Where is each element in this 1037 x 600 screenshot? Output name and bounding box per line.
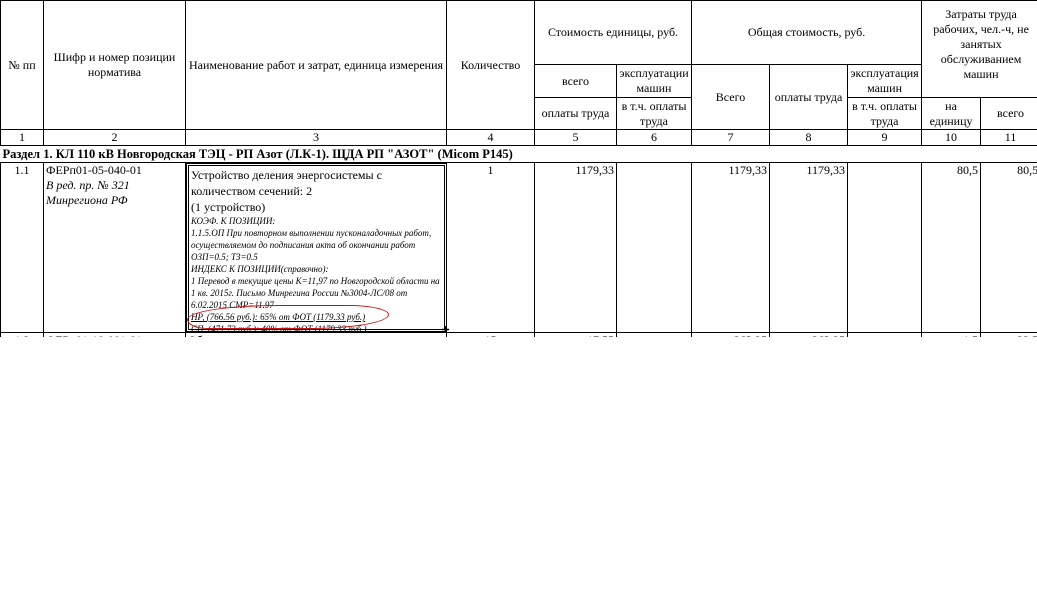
table-row: 1.2 ФЕРп01-10-001-01 Об 15 17,55 263,25 … bbox=[1, 333, 1037, 338]
row-total[interactable]: 263,25 bbox=[692, 333, 770, 338]
header-unit-cost-machines: эксплуатации машин bbox=[617, 65, 692, 98]
header-total-cost-machines-labor: в т.ч. оплаты труда bbox=[848, 98, 922, 130]
row-total-labor[interactable]: 1179,33 bbox=[770, 163, 848, 333]
row-labor-total[interactable]: 80,5 bbox=[981, 163, 1037, 333]
column-number-7: 7 bbox=[692, 130, 770, 146]
row-quantity[interactable]: 1 bbox=[447, 163, 535, 333]
column-number-2: 2 bbox=[44, 130, 186, 146]
row-name: количеством сечений: 2 bbox=[191, 183, 442, 199]
header-unit-cost-total: всего bbox=[535, 65, 617, 98]
row-unit-total[interactable]: 1179,33 bbox=[535, 163, 617, 333]
row-total-labor[interactable]: 263,25 bbox=[770, 333, 848, 338]
row-number[interactable]: 1.2 bbox=[1, 333, 44, 338]
header-labor-per-unit: на единицу bbox=[922, 98, 981, 130]
row-code: ФЕРп01-05-040-01 bbox=[46, 163, 183, 178]
row-name[interactable]: Об bbox=[186, 333, 447, 338]
header-total-cost-labor: оплаты труда bbox=[770, 65, 848, 130]
resize-handle-icon[interactable] bbox=[442, 326, 449, 333]
coef-text: 1.1.5.ОП При повторном выполнении пускон… bbox=[191, 227, 442, 263]
row-number[interactable]: 1.1 bbox=[1, 163, 44, 333]
column-number-11: 11 bbox=[981, 130, 1037, 146]
header-labor-group: Затраты труда рабочих, чел.-ч, не заняты… bbox=[922, 1, 1037, 98]
header-col-code: Шифр и номер позиции норматива bbox=[44, 1, 186, 130]
index-ref: (справочно): bbox=[281, 264, 329, 274]
header-total-cost-total: Всего bbox=[692, 65, 770, 130]
row-unit-total[interactable]: 17,55 bbox=[535, 333, 617, 338]
column-number-4: 4 bbox=[447, 130, 535, 146]
row-unit-machines[interactable] bbox=[617, 163, 692, 333]
row-total-machines[interactable] bbox=[848, 163, 922, 333]
row-labor-per-unit[interactable]: 1,5 bbox=[922, 333, 981, 338]
column-number-1: 1 bbox=[1, 130, 44, 146]
header-col-quantity: Количество bbox=[447, 1, 535, 130]
overhead-line: НР, (766.56 руб.): 65% от ФОТ (1179.33 р… bbox=[191, 311, 442, 323]
column-number-3: 3 bbox=[186, 130, 447, 146]
header-unit-cost-labor: оплаты труда bbox=[535, 98, 617, 130]
row-code-note: В ред. пр. № 321 bbox=[46, 178, 183, 193]
header-unit-cost-machines-labor: в т.ч. оплаты труда bbox=[617, 98, 692, 130]
row-labor-per-unit[interactable]: 80,5 bbox=[922, 163, 981, 333]
row-quantity[interactable]: 15 bbox=[447, 333, 535, 338]
index-text: 1 Перевод в текущие цены К=11,97 по Новг… bbox=[191, 275, 442, 311]
coef-title: КОЭФ. К ПОЗИЦИИ: bbox=[191, 215, 442, 227]
column-number-10: 10 bbox=[922, 130, 981, 146]
estimate-table: № пп Шифр и номер позиции норматива Наим… bbox=[0, 0, 1037, 337]
row-total-machines[interactable] bbox=[848, 333, 922, 338]
table-row: 1.1 ФЕРп01-05-040-01 В ред. пр. № 321 Ми… bbox=[1, 163, 1037, 333]
header-total-cost-machines: эксплуатация машин bbox=[848, 65, 922, 98]
column-number-5: 5 bbox=[535, 130, 617, 146]
row-total[interactable]: 1179,33 bbox=[692, 163, 770, 333]
row-code-note: Минрегиона РФ bbox=[46, 193, 183, 208]
column-number-9: 9 bbox=[848, 130, 922, 146]
profit-line: СП, (471.73 руб.): 40% от ФОТ (1179.33 р… bbox=[191, 323, 442, 333]
row-name: Устройство деления энергосистемы с bbox=[191, 167, 442, 183]
selected-cell[interactable]: Устройство деления энергосистемы с колич… bbox=[186, 163, 447, 332]
row-labor-total[interactable]: 22,5 bbox=[981, 333, 1037, 338]
header-labor-total: всего bbox=[981, 98, 1037, 130]
header-total-cost-group: Общая стоимость, руб. bbox=[692, 1, 922, 65]
header-col-number: № пп bbox=[1, 1, 44, 130]
header-col-name: Наименование работ и затрат, единица изм… bbox=[186, 1, 447, 130]
row-code-cell[interactable]: ФЕРп01-05-040-01 В ред. пр. № 321 Минрег… bbox=[44, 163, 186, 333]
row-code[interactable]: ФЕРп01-10-001-01 bbox=[44, 333, 186, 338]
header-unit-cost-group: Стоимость единицы, руб. bbox=[535, 1, 692, 65]
index-title: ИНДЕКС К ПОЗИЦИИ bbox=[191, 264, 281, 274]
section-title[interactable]: Раздел 1. КЛ 110 кВ Новгородская ТЭЦ - Р… bbox=[1, 146, 1037, 163]
row-unit-machines[interactable] bbox=[617, 333, 692, 338]
column-number-8: 8 bbox=[770, 130, 848, 146]
row-name-cell[interactable]: Устройство деления энергосистемы с колич… bbox=[186, 163, 447, 333]
row-unit: (1 устройство) bbox=[191, 199, 442, 215]
estimate-sheet: № пп Шифр и номер позиции норматива Наим… bbox=[0, 0, 1037, 337]
column-number-6: 6 bbox=[617, 130, 692, 146]
